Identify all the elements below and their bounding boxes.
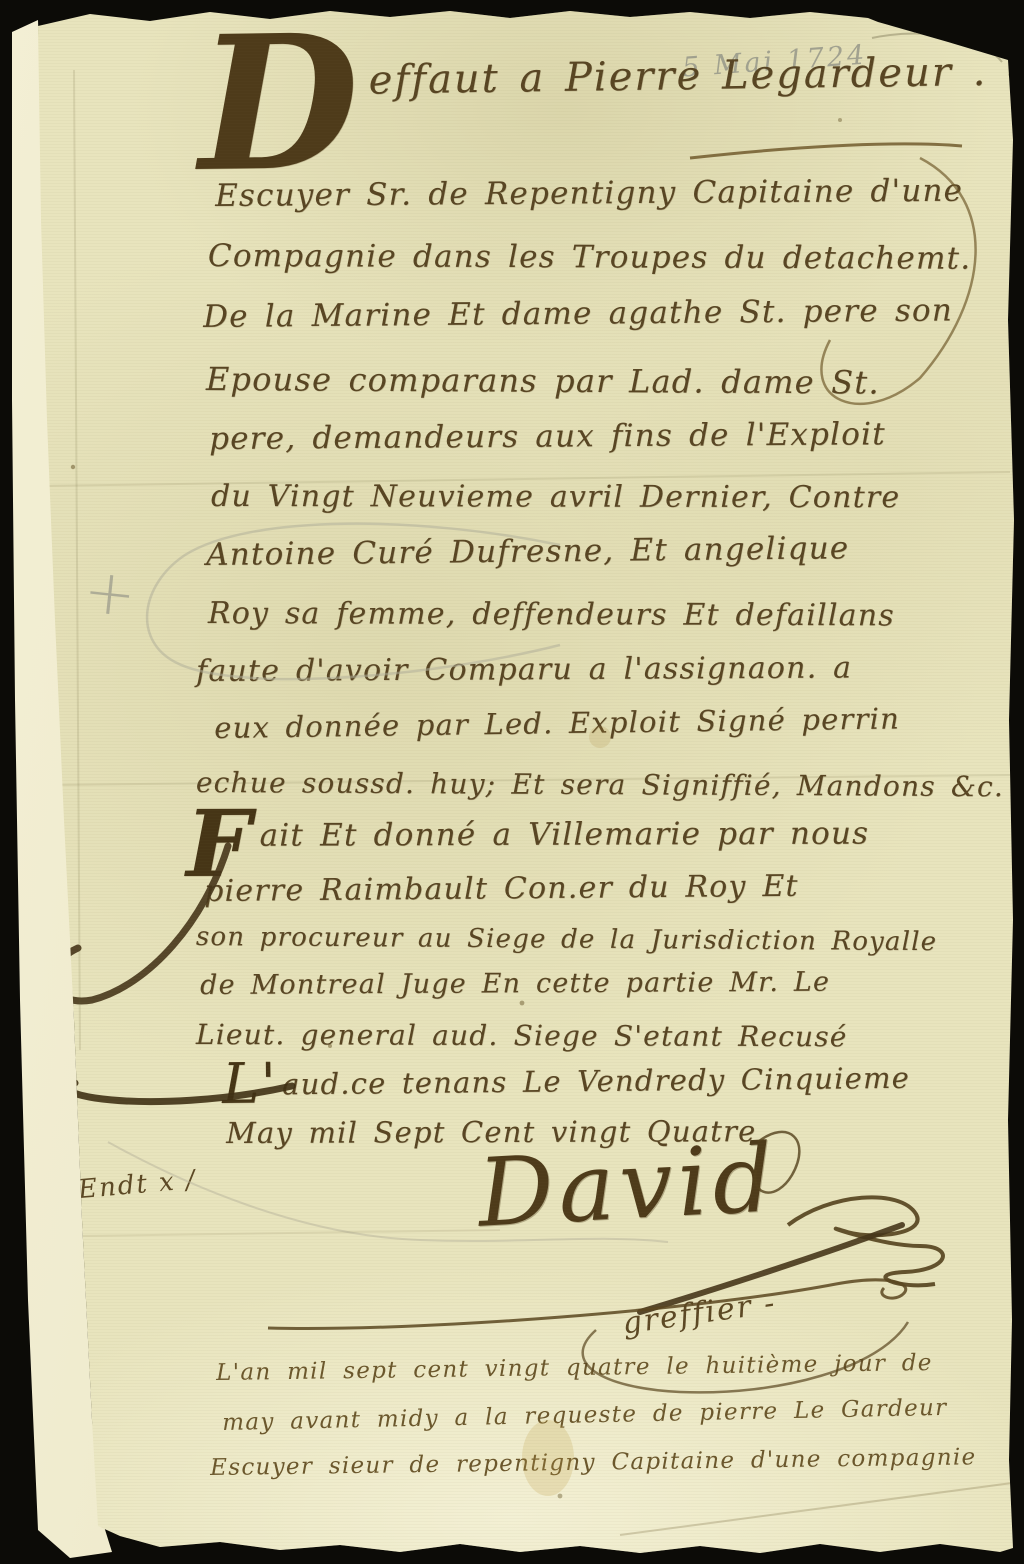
manuscript-line-6: pere, demandeurs aux fins de l'Exploit (209, 416, 886, 457)
manuscript-page: 5 Mai 1724 + Deffaut a Pierre Legardeur … (0, 0, 1024, 1564)
document-scan: 5 Mai 1724 + Deffaut a Pierre Legardeur … (0, 0, 1024, 1564)
fold-crease-vertical (74, 70, 80, 1050)
pencil-cross-mark: + (80, 553, 139, 631)
signature-paraph-loops (788, 1197, 943, 1285)
ink-speck-4 (558, 1494, 563, 1499)
manuscript-line-1: Deffaut a Pierre Legardeur . — (198, 48, 1024, 174)
manuscript-line-15: son procureur au Siege de la Jurisdictio… (196, 922, 938, 957)
manuscript-line-17: Lieut. general aud. Siege S'etant Recusé (196, 1018, 848, 1053)
manuscript-line-14: pierre Raimbault Con.er du Roy Et (204, 869, 799, 909)
manuscript-line-7: du Vingt Neuvieme avril Dernier, Contre (211, 479, 900, 515)
manuscript-line-5: Epouse comparans par Lad. dame St. (206, 360, 880, 402)
clerk-title: greffier - (620, 1285, 778, 1341)
manuscript-line-8: Antoine Curé Dufresne, Et angelique (206, 530, 850, 573)
footer-line-3: Escuyer sieur de repentigny Capitaine d'… (210, 1444, 977, 1481)
clerk-signature: David (475, 1124, 780, 1249)
manuscript-line-9: Roy sa femme, deffendeurs Et defaillans (208, 596, 895, 633)
manuscript-line-11: eux donnée par Led. Exploit Signé perrin (214, 701, 900, 745)
manuscript-line-2: Escuyer Sr. de Repentigny Capitaine d'un… (215, 173, 963, 214)
manuscript-line-16: de Montreal Juge En cette partie Mr. Le (200, 967, 830, 1001)
fold-crease-3 (10, 1230, 500, 1237)
manuscript-line-4: De la Marine Et dame agathe St. pere son (203, 292, 953, 335)
manuscript-line-3: Compagnie dans les Troupes du detachemt. (208, 238, 971, 277)
manuscript-line-18: L'aud.ce tenans Le Vendredy Cinquieme (222, 1061, 910, 1106)
footer-line-1: L'an mil sept cent vingt quatre le huiti… (216, 1350, 933, 1386)
manuscript-line-12: echue soussd. huy; Et sera Signiffié, Ma… (196, 766, 1004, 803)
ink-speck-2 (520, 1001, 525, 1006)
footer-line-2: may avant midy a la requeste de pierre L… (222, 1395, 948, 1436)
manuscript-line-10: faute d'avoir Comparu a l'assignaon. a (196, 651, 852, 689)
fold-crease-bottom (620, 1483, 1012, 1535)
ink-speck-1 (71, 465, 75, 469)
margin-note: Endt x / (77, 1165, 198, 1205)
signature-long-sweep (268, 1280, 906, 1329)
